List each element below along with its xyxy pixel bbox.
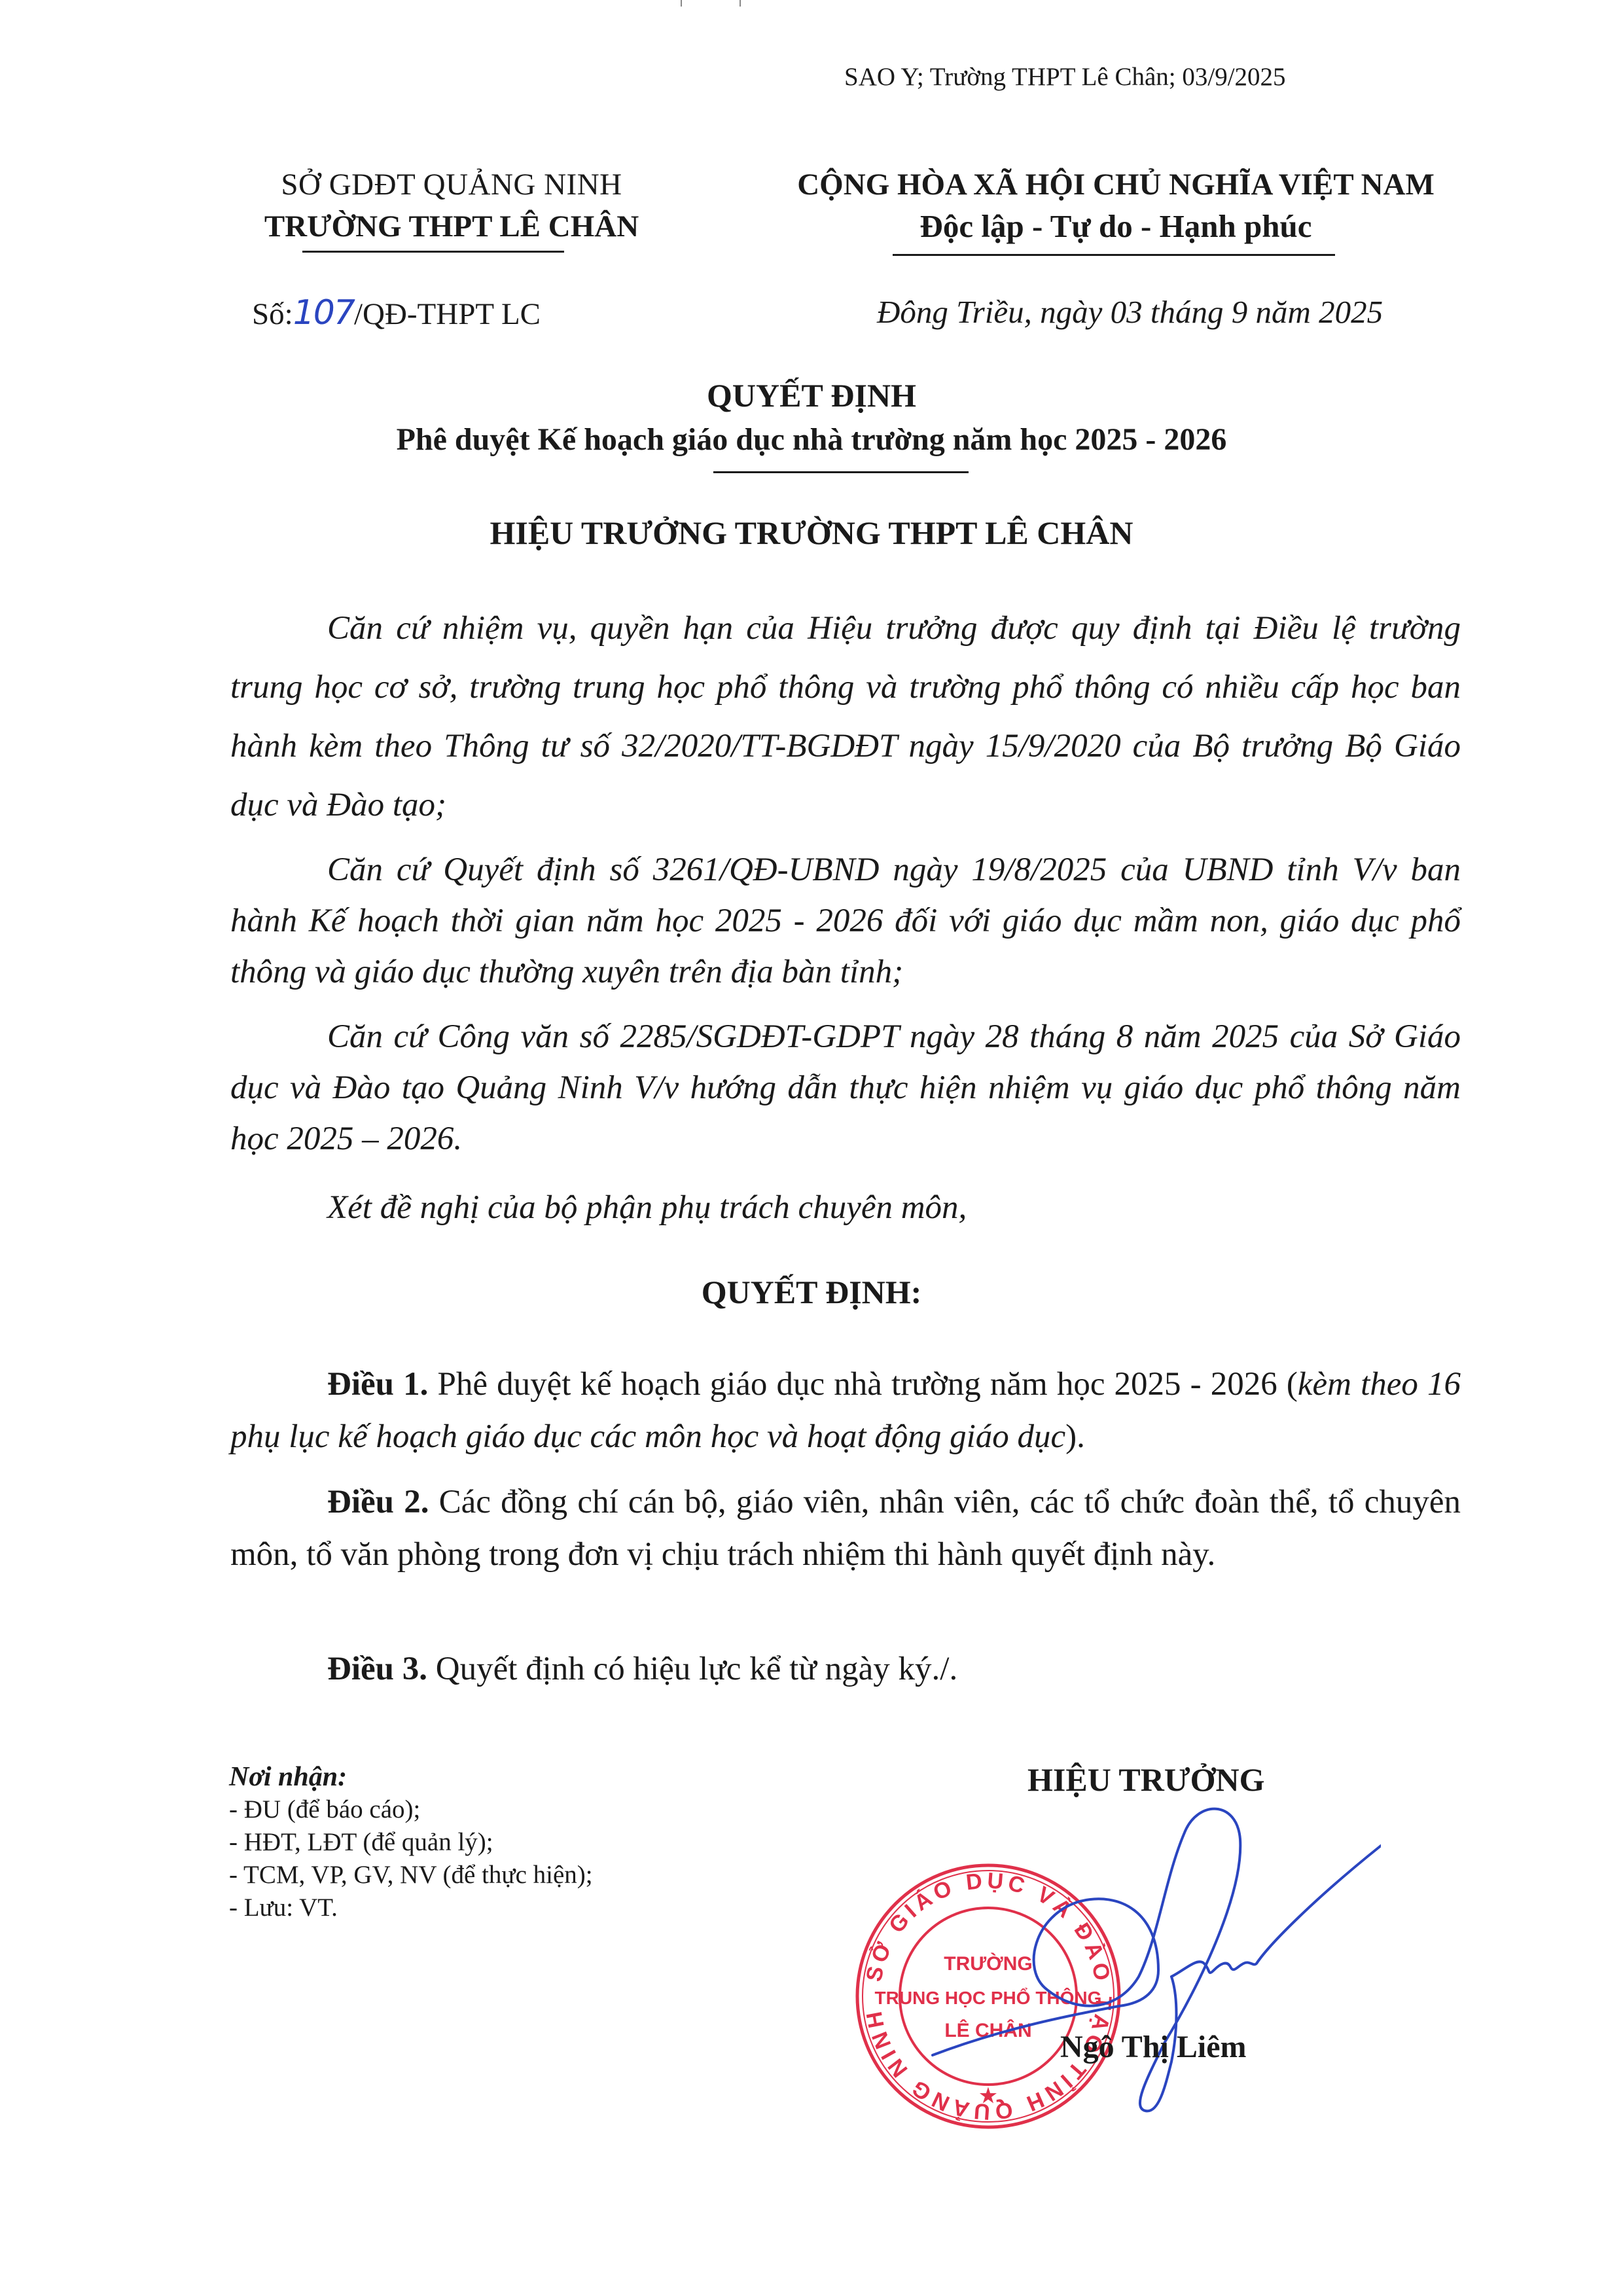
scan-artifact — [740, 0, 741, 7]
issuing-authority-title: HIỆU TRƯỞNG TRƯỜNG THPT LÊ CHÂN — [196, 514, 1427, 552]
national-header-block: CỘNG HÒA XÃ HỘI CHỦ NGHĨA VIỆT NAM Độc l… — [713, 164, 1518, 247]
title-underline — [713, 471, 969, 473]
preamble-paragraph: Căn cứ Công văn số 2285/SGDĐT-GDPT ngày … — [230, 1011, 1461, 1164]
signer-name: Ngô Thị Liêm — [1060, 2029, 1246, 2065]
article-3: Điều 3. Quyết định có hiệu lực kể từ ngà… — [230, 1643, 1461, 1695]
preamble-paragraph: Căn cứ Quyết định số 3261/QĐ-UBND ngày 1… — [230, 844, 1461, 997]
number-suffix: /QĐ-THPT LC — [354, 297, 541, 331]
number-prefix: Số: — [252, 297, 293, 331]
svg-text:TRƯỜNG: TRƯỜNG — [944, 1952, 1032, 1975]
article-text: Phê duyệt kế hoạch giáo dục nhà trường n… — [428, 1366, 1298, 1403]
article-2: Điều 2. Các đồng chí cán bộ, giáo viên, … — [230, 1476, 1461, 1581]
document-title-block: QUYẾT ĐỊNH Phê duyệt Kế hoạch giáo dục n… — [196, 373, 1427, 462]
svg-text:LÊ CHÂN: LÊ CHÂN — [944, 2019, 1031, 2041]
decision-heading: QUYẾT ĐỊNH: — [196, 1273, 1427, 1311]
document-number: Số:107/QĐ-THPT LC — [252, 293, 541, 332]
official-seal-icon: SỞ GIÁO DỤC VÀ ĐÀO TẠO TỈNH QUẢNG NINH T… — [851, 1859, 1126, 2134]
document-type: QUYẾT ĐỊNH — [196, 373, 1427, 418]
motto-underline — [893, 254, 1335, 256]
copy-certification-stamp: SAO Y; Trường THPT Lê Chân; 03/9/2025 — [844, 62, 1286, 92]
signer-title: HIỆU TRƯỞNG — [1027, 1761, 1265, 1799]
recipients-block: Nơi nhận: - ĐU (để báo cáo); - HĐT, LĐT … — [229, 1761, 593, 1924]
handwritten-number: 107 — [293, 293, 354, 332]
article-1: Điều 1. Phê duyệt kế hoạch giáo dục nhà … — [230, 1358, 1461, 1463]
svg-text:★: ★ — [980, 2085, 997, 2107]
school-name-underline — [302, 251, 564, 253]
recipients-title: Nơi nhận: — [229, 1761, 593, 1793]
article-label: Điều 1. — [327, 1366, 428, 1403]
national-motto: Độc lập - Tự do - Hạnh phúc — [713, 206, 1518, 247]
place-and-date: Đông Triều, ngày 03 tháng 9 năm 2025 — [877, 293, 1383, 331]
recipient-item: - HĐT, LĐT (để quản lý); — [229, 1826, 593, 1859]
svg-text:TRUNG HỌC PHỔ THÔNG: TRUNG HỌC PHỔ THÔNG — [875, 1987, 1102, 2008]
issuing-authority-block: SỞ GDĐT QUẢNG NINH TRƯỜNG THPT LÊ CHÂN — [196, 164, 707, 247]
scan-artifact — [681, 0, 682, 7]
recipient-item: - TCM, VP, GV, NV (để thực hiện); — [229, 1859, 593, 1892]
article-label: Điều 3. — [327, 1651, 427, 1687]
article-tail: ). — [1065, 1418, 1085, 1455]
article-text: Quyết định có hiệu lực kể từ ngày ký./. — [427, 1651, 957, 1687]
preamble-paragraph: Xét đề nghị của bộ phận phụ trách chuyên… — [230, 1178, 1461, 1237]
document-subject: Phê duyệt Kế hoạch giáo dục nhà trường n… — [196, 418, 1427, 462]
nation-name: CỘNG HÒA XÃ HỘI CHỦ NGHĨA VIỆT NAM — [713, 164, 1518, 206]
school-name: TRƯỜNG THPT LÊ CHÂN — [196, 206, 707, 247]
recipient-item: - ĐU (để báo cáo); — [229, 1793, 593, 1826]
recipient-item: - Lưu: VT. — [229, 1892, 593, 1924]
article-label: Điều 2. — [327, 1484, 429, 1520]
department-name: SỞ GDĐT QUẢNG NINH — [196, 164, 707, 206]
preamble-paragraph: Căn cứ nhiệm vụ, quyền hạn của Hiệu trưở… — [230, 599, 1461, 834]
